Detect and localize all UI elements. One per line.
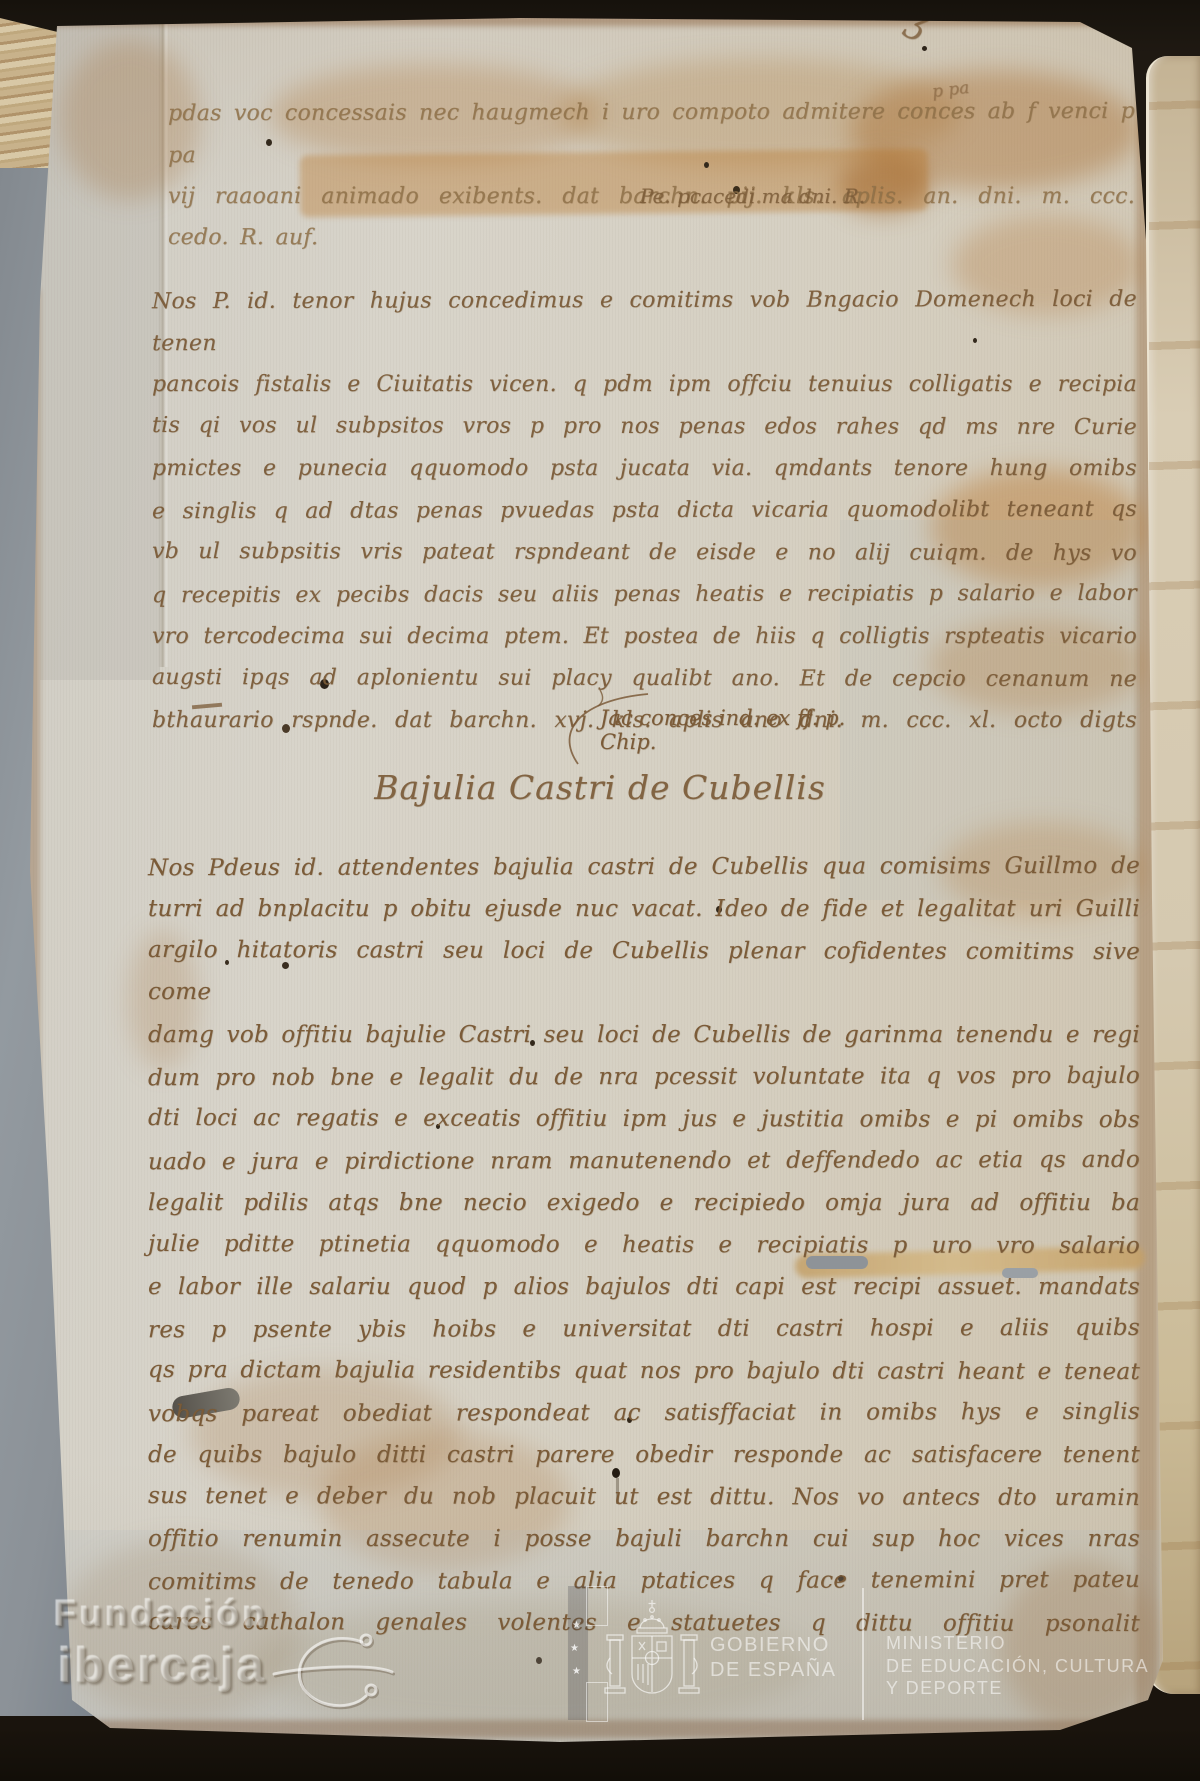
manuscript-line: q recepitis ex pecibs dacis seu aliis pe…: [152, 573, 1137, 617]
manuscript-page: ʒ p pa pdas voc concessais nec haugmech …: [0, 0, 1200, 1781]
wormhole: [536, 1657, 542, 1664]
manuscript-line: tis qi vos ul subpsitos vros p pro nos p…: [152, 405, 1137, 449]
star-icon: ★: [572, 1620, 581, 1631]
ministerio-line2: DE EDUCACIÓN, CULTURA: [886, 1655, 1149, 1678]
star-icon: ★: [570, 1643, 579, 1654]
fundacion-watermark-line1: Fundación: [54, 1593, 268, 1635]
manuscript-line: cedo. R. auf.: [168, 217, 1135, 261]
manuscript-line: pmictes e punecia qquomodo psta jucata v…: [152, 448, 1137, 490]
manuscript-line: vro tercodecima sui decima ptem. Et post…: [152, 616, 1137, 658]
chancery-note: Pe. pcacedi ma dni. R.: [640, 184, 920, 208]
manuscript-line: argilo hitatoris castri seu loci de Cube…: [148, 929, 1140, 1015]
section-heading: Bajulia Castri de Cubellis: [370, 768, 830, 807]
text-block-top: pdas voc concessais nec haugmech i uro c…: [168, 92, 1135, 260]
manuscript-line: offitio renumin assecute i posse bajuli …: [148, 1518, 1140, 1560]
manuscript-line: dti loci ac regatis e exceatis offitiu i…: [148, 1097, 1140, 1141]
manuscript-line: res p psente ybis hoibs e universitat dt…: [148, 1307, 1140, 1351]
spain-coat-of-arms-icon: [602, 1598, 702, 1716]
ministerio-line3: Y DEPORTE: [886, 1677, 1149, 1700]
fundacion-watermark-line2: ibercaja: [58, 1638, 267, 1694]
manuscript-line: turri ad bnplacitu p obitu ejusde nuc va…: [148, 888, 1140, 930]
manuscript-photo-viewer: ʒ p pa pdas voc concessais nec haugmech …: [0, 0, 1200, 1781]
manuscript-line: comitims de tenedo tabula e alia ptatice…: [148, 1559, 1140, 1603]
gobierno-line1: GOBIERNO: [710, 1633, 837, 1658]
manuscript-line: e singlis q ad dtas penas pvuedas psta d…: [152, 489, 1137, 533]
manuscript-line: sus tenet e deber du nob placuit ut est …: [148, 1475, 1140, 1519]
manuscript-line: legalit pdilis atqs bne necio exigedo e …: [148, 1182, 1140, 1224]
ministerio-line1: MINISTERIO: [886, 1632, 1149, 1655]
manuscript-line: julie pditte ptinetia qquomodo e heatis …: [148, 1223, 1140, 1267]
text-block-bottom: Nos Pdeus id. attendentes bajulia castri…: [148, 846, 1140, 1644]
ministerio-watermark: MINISTERIO DE EDUCACIÓN, CULTURA Y DEPOR…: [886, 1632, 1149, 1700]
manuscript-line: qs pra dictam bajulia residentibs quat n…: [148, 1349, 1140, 1393]
manuscript-line: uado e jura e pirdictione nram manutenen…: [148, 1139, 1140, 1183]
manuscript-line: vobqs pareat obediat respondeat ac satis…: [148, 1391, 1140, 1435]
gobierno-watermark: GOBIERNO DE ESPAÑA: [710, 1633, 837, 1683]
manuscript-line: dum pro nob bne e legalit du de nra pces…: [148, 1055, 1140, 1099]
watermark-divider: [862, 1588, 864, 1720]
manuscript-line: e labor ille salariu quod p alios bajulo…: [148, 1266, 1140, 1308]
gobierno-line2: DE ESPAÑA: [710, 1658, 837, 1683]
wormhole: [922, 46, 927, 51]
manuscript-line: Nos Pdeus id. attendentes bajulia castri…: [148, 845, 1140, 889]
page-edge-top: [40, 14, 1150, 26]
text-block-middle: Nos P. id. tenor hujus concedimus e comi…: [152, 280, 1137, 742]
signature-line: Jac conces ind. ex ff. p. Chip.: [600, 706, 900, 754]
manuscript-line: Nos P. id. tenor hujus concedimus e comi…: [152, 279, 1137, 365]
manuscript-line: de quibs bajulo ditti castri parere obed…: [148, 1434, 1140, 1476]
manuscript-line: damg vob offitiu bajulie Castri seu loci…: [148, 1014, 1140, 1056]
manuscript-line: pdas voc concessais nec haugmech i uro c…: [168, 91, 1135, 177]
star-icon: ★: [572, 1666, 581, 1677]
ibercaja-swirl-icon: [270, 1628, 398, 1714]
manuscript-line: vb ul subpsitis vris pateat rspndeant de…: [152, 531, 1137, 575]
manuscript-line: pancois fistalis e Ciuitatis vicen. q pd…: [152, 364, 1137, 406]
